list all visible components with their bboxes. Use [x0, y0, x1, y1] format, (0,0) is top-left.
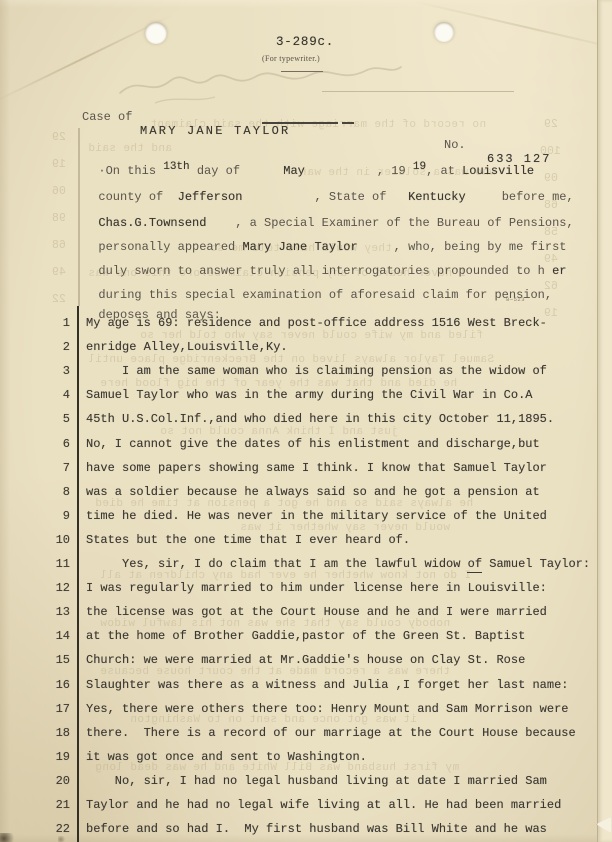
line-number: 11: [0, 557, 70, 571]
form-typewriter-note: (For typewriter.): [262, 54, 320, 63]
line-number: 14: [0, 629, 70, 643]
entry-pronoun: er: [552, 264, 566, 278]
bleed-number: 49: [52, 266, 66, 279]
line-text: enridge Alley,Louisville,Ky.: [86, 340, 288, 354]
case-name-underline-dash: [342, 122, 354, 124]
line-text: before and so had I. My first husband wa…: [86, 822, 547, 836]
line-text: Church: we were married at Mr.Gaddie's h…: [86, 653, 525, 667]
line-text: the license was got at the Court House a…: [86, 605, 547, 619]
line-number: 8: [0, 485, 70, 499]
deposition-line: 22before and so had I. My first husband …: [0, 822, 547, 836]
line-text: I am the same woman who is claiming pens…: [86, 364, 547, 378]
line-number: 6: [0, 437, 70, 451]
header-rule: [322, 91, 514, 92]
deposition-line: 3 I am the same woman who is claiming pe…: [0, 364, 547, 378]
bleed-number: 68: [52, 239, 66, 252]
line-text: have some papers showing same I think. I…: [86, 461, 547, 475]
deposition-line: 19it was got once and sent to Washington…: [0, 750, 367, 764]
deposition-line: 15Church: we were married at Mr.Gaddie's…: [0, 653, 525, 667]
bleed-fragment: there was a record made at the court hou…: [100, 666, 450, 678]
deposition-line: 17Yes, there were others there too: Henr…: [0, 702, 568, 716]
line-text: No, I cannot give the dates of his enlis…: [86, 437, 540, 451]
line-number: 18: [0, 726, 70, 740]
case-name-underline: [262, 122, 338, 124]
line-number: 21: [0, 798, 70, 812]
bleed-fragment: it was got once and sent on to Washingto…: [130, 714, 417, 726]
punch-hole-right: [434, 22, 454, 42]
line-text: Yes, there were others there too: Henry …: [86, 702, 568, 716]
line-text: Yes, sir, I do claim that I am the lawfu…: [86, 557, 590, 571]
line-text: States but the one time that I ever hear…: [86, 533, 410, 547]
line-number: 17: [0, 702, 70, 716]
line-number: 20: [0, 774, 70, 788]
margin-rule-bleed: [78, 128, 80, 306]
entry-year: 19: [413, 161, 426, 173]
bleed-number: 22: [52, 293, 66, 306]
page-right-edge: [597, 0, 612, 842]
line-number: 10: [0, 533, 70, 547]
line-text: Slaughter was there as a witness and Jul…: [86, 678, 568, 692]
deposition-line: 10States but the one time that I ever he…: [0, 533, 410, 547]
form-number: 3-289c.: [276, 35, 334, 49]
bleed-fragment: my first husband was Bill White and he w…: [95, 762, 459, 774]
deposition-line: 11 Yes, sir, I do claim that I am the la…: [0, 557, 590, 571]
line-number: 13: [0, 605, 70, 619]
bleed-number: 06: [52, 185, 66, 198]
line-number: 19: [0, 750, 70, 764]
printers-mark: 8—523: [506, 296, 525, 303]
line-number: 7: [0, 461, 70, 475]
line-text: 45th U.S.Col.Inf.,and who died here in t…: [86, 412, 554, 426]
deposition-line: 6No, I cannot give the dates of his enli…: [0, 437, 540, 451]
deposition-line: 21Taylor and he had no legal wife living…: [0, 798, 561, 812]
bleed-fragment: nobody could say that she was not his la…: [100, 618, 450, 630]
deposition-line: 12I was regularly married to him under l…: [0, 581, 547, 595]
deposition-line: 2enridge Alley,Louisville,Ky.: [0, 340, 288, 354]
line-number: 5: [0, 412, 70, 426]
punch-hole-left: [145, 22, 167, 44]
preamble-line-2: county of Jefferson , State of Kentucky …: [84, 176, 574, 204]
line-number: 16: [0, 678, 70, 692]
deposition-line: 4Samuel Taylor who was in the army durin…: [0, 388, 532, 402]
line-text: Samuel Taylor who was in the army during…: [86, 388, 532, 402]
deposition-line: 13the license was got at the Court House…: [0, 605, 547, 619]
note-underline: [281, 71, 323, 72]
line-text: it was got once and sent to Washington.: [86, 750, 367, 764]
line-text: Taylor and he had no legal wife living a…: [86, 798, 561, 812]
deposition-line: 16Slaughter was there as a witness and J…: [0, 678, 568, 692]
line-text: was a soldier because he always said so …: [86, 485, 540, 499]
word-underline: [467, 572, 482, 573]
bottom-left-shadow: [0, 833, 17, 842]
line-text: No, sir, I had no legal husband living a…: [86, 774, 547, 788]
entry-day: 13th: [163, 161, 189, 173]
deposition-line: 545th U.S.Col.Inf.,and who died here in …: [0, 412, 554, 426]
line-text: at the home of Brother Gaddie,pastor of …: [86, 629, 525, 643]
deposition-line: 14at the home of Brother Gaddie,pastor o…: [0, 629, 525, 643]
deposition-line: 1My age is 69: residence and post-office…: [0, 316, 547, 330]
deposition-line: 9time he died. He was never in the milit…: [0, 509, 547, 523]
line-number: 15: [0, 653, 70, 667]
line-number: 12: [0, 581, 70, 595]
line-number: 1: [0, 316, 70, 330]
preamble-line-1: ·On this 13th day of May , 19 19, at Lou…: [84, 150, 534, 179]
case-name: MARY JANE TAYLOR: [140, 124, 290, 138]
deposition-line: 18there. There is a record of our marria…: [0, 726, 576, 740]
line-text: I was regularly married to him under lic…: [86, 581, 547, 595]
deposition-line: 8was a soldier because he always said so…: [0, 485, 540, 499]
line-number: 4: [0, 388, 70, 402]
line-number: 2: [0, 340, 70, 354]
bottom-smudge: [58, 836, 66, 842]
case-label: Case of: [82, 110, 132, 124]
line-text: there. There is a record of our marriage…: [86, 726, 576, 740]
bleed-number: 98: [52, 212, 66, 225]
deposition-line: 20 No, sir, I had no legal husband livin…: [0, 774, 547, 788]
line-number: 9: [0, 509, 70, 523]
line-number: 3: [0, 364, 70, 378]
line-text: My age is 69: residence and post-office …: [86, 316, 547, 330]
line-text: time he died. He was never in the milita…: [86, 509, 547, 523]
deposition-line: 7have some papers showing same I think. …: [0, 461, 547, 475]
